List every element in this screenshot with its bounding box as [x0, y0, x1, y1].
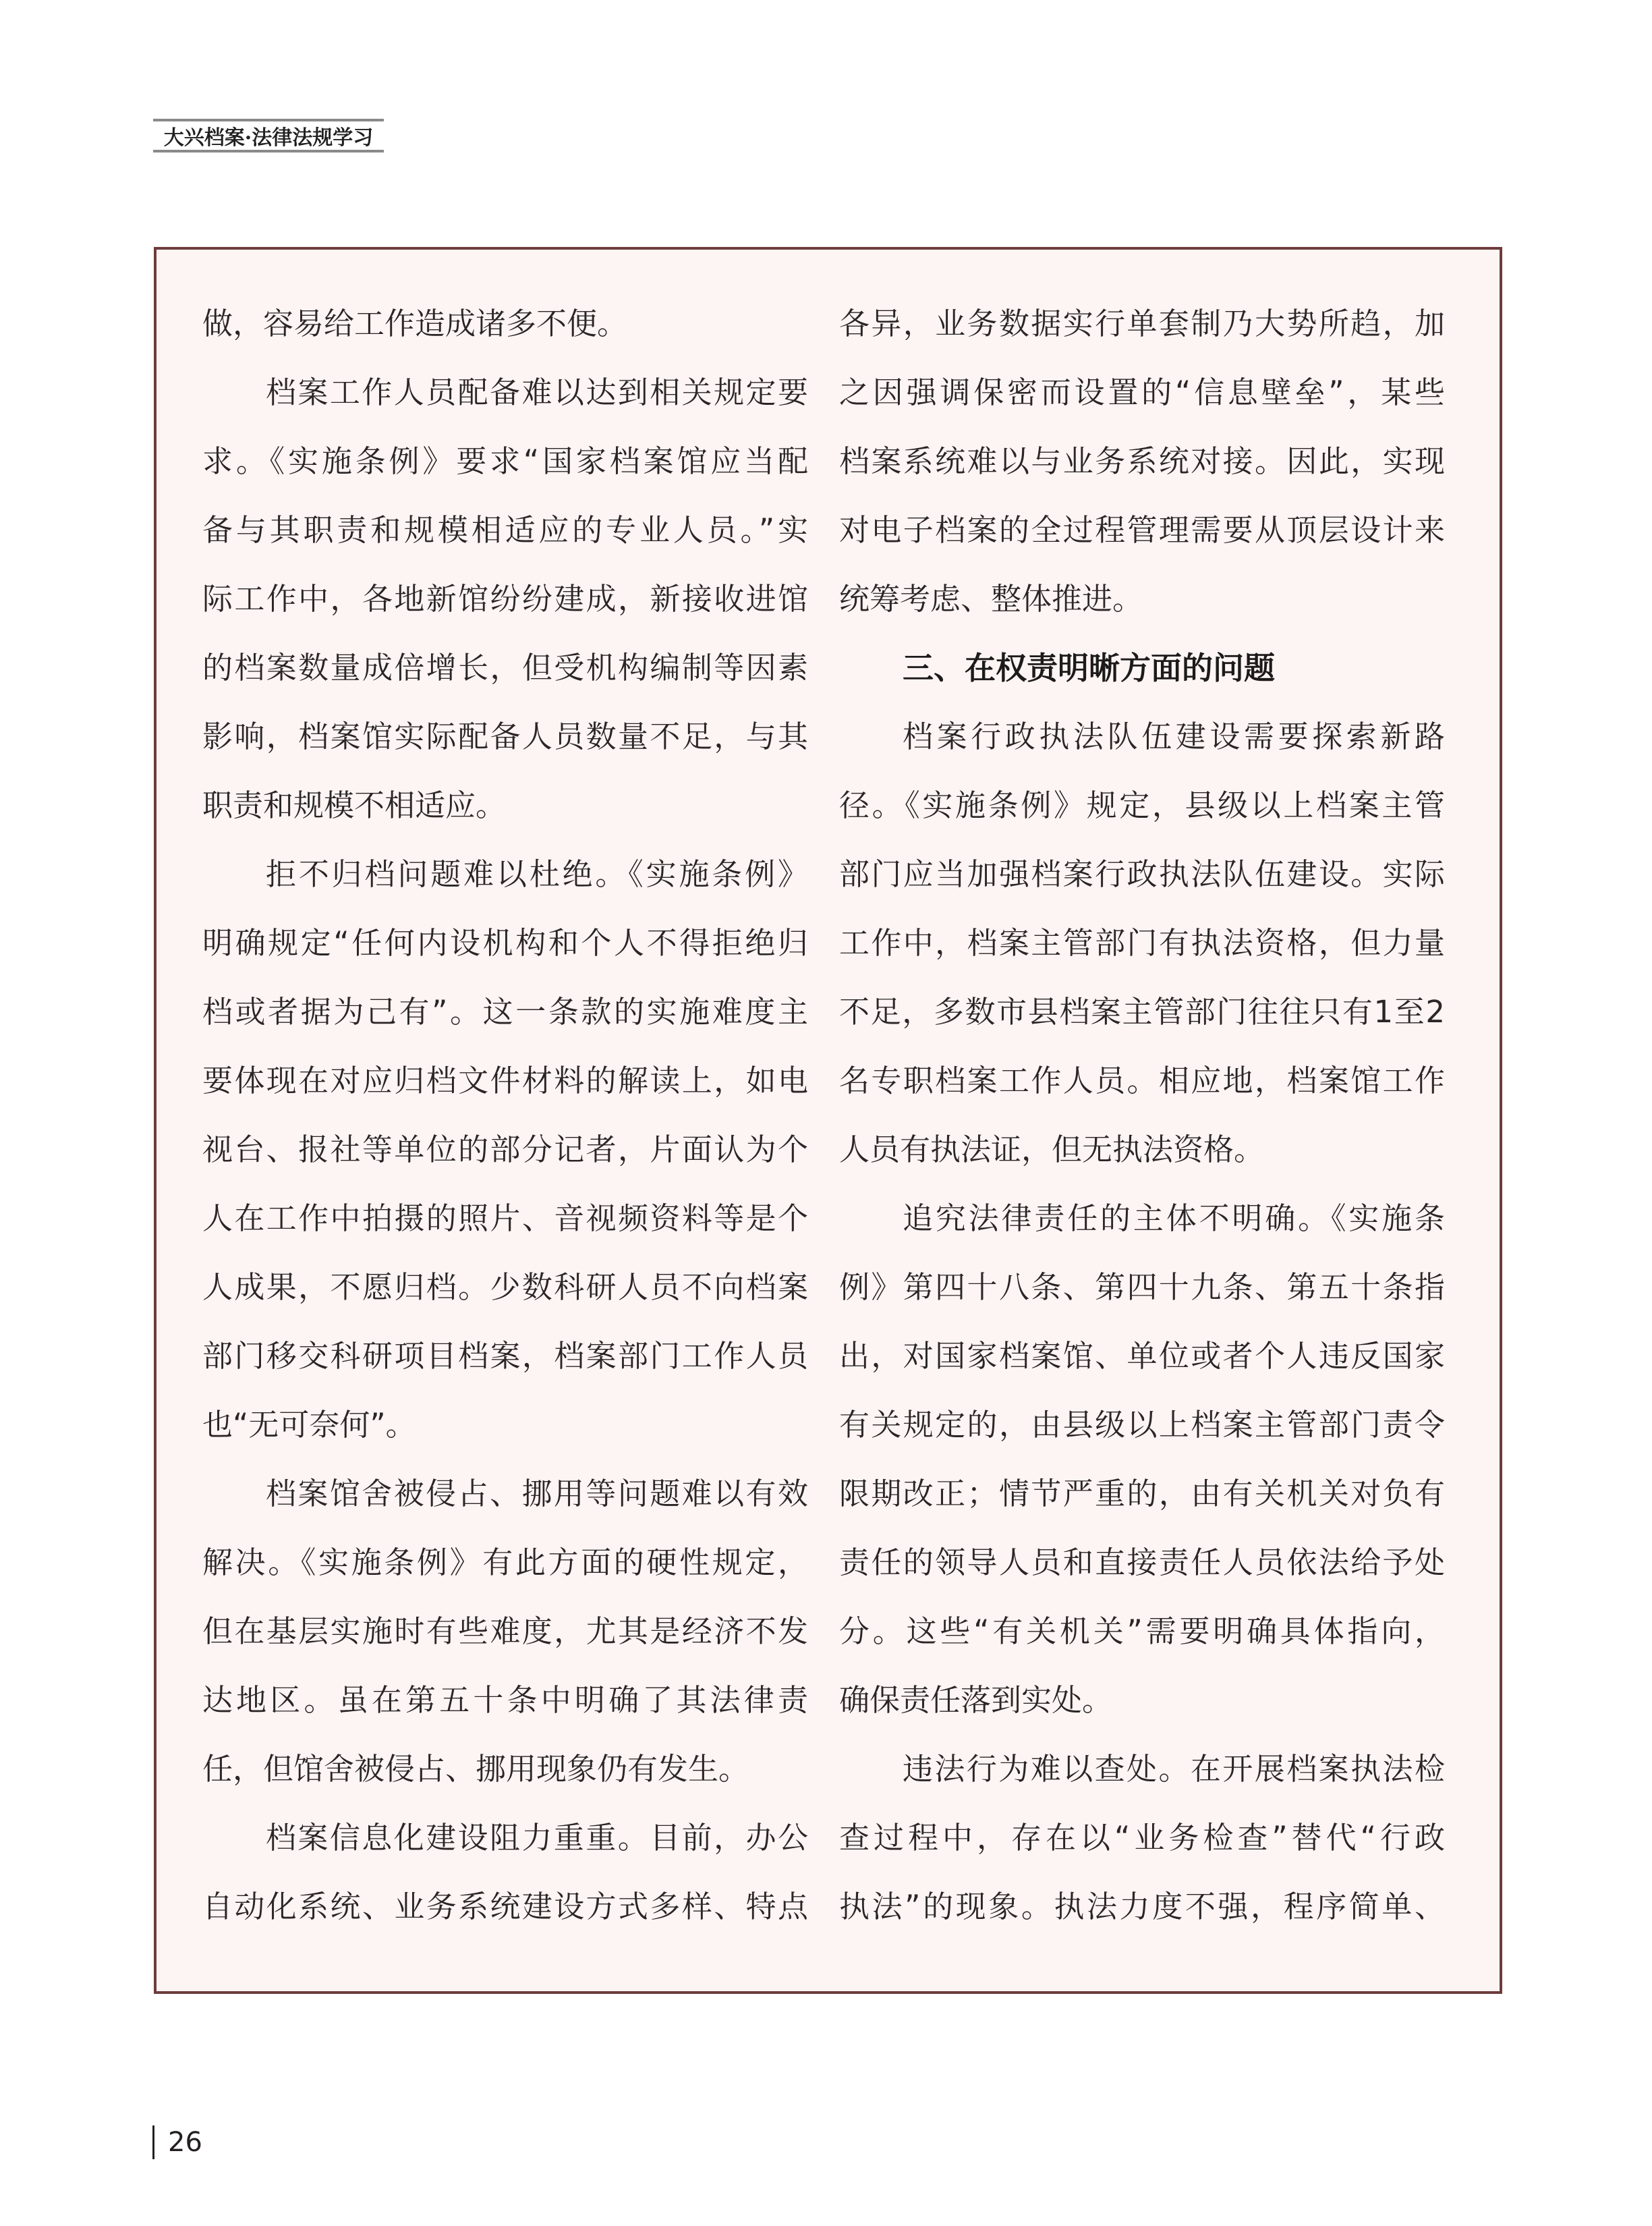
text-line: 明确规定“任何内设机构和个人不得拒绝归 [202, 909, 808, 978]
text-line: 出，对国家档案馆、单位或者个人违反国家 [839, 1322, 1445, 1391]
text-line: 名专职档案工作人员。相应地，档案馆工作 [839, 1047, 1445, 1115]
paragraph-start-line: 档案信息化建设阻力重重。目前，办公 [202, 1804, 808, 1872]
text-line: 但在基层实施时有些难度，尤其是经济不发 [202, 1597, 808, 1666]
text-line: 达地区。虽在第五十条中明确了其法律责 [202, 1666, 808, 1735]
text-line: 查过程中，存在以“业务检查”替代“行政 [839, 1804, 1445, 1872]
text-line: 也“无可奈何”。 [202, 1391, 808, 1459]
running-head-title: 大兴档案·法律法规学习 [164, 121, 373, 150]
text-line: 径。《实施条例》规定，县级以上档案主管 [839, 771, 1445, 840]
left-column: 做，容易给工作造成诸多不便。 档案工作人员配备难以达到相关规定要 求。《实施条例… [202, 289, 808, 1941]
text-line: 的档案数量成倍增长，但受机构编制等因素 [202, 634, 808, 702]
text-line: 档案系统难以与业务系统对接。因此，实现 [839, 427, 1445, 496]
text-line: 备与其职责和规模相适应的专业人员。”实 [202, 496, 808, 565]
text-line: 自动化系统、业务系统建设方式多样、特点 [202, 1872, 808, 1941]
paragraph-start-line: 追究法律责任的主体不明确。《实施条 [839, 1184, 1445, 1253]
paragraph-start-line: 档案工作人员配备难以达到相关规定要 [202, 358, 808, 427]
text-line: 解决。《实施条例》有此方面的硬性规定， [202, 1528, 808, 1597]
text-line: 执法”的现象。执法力度不强，程序简单、 [839, 1872, 1445, 1941]
text-line: 档或者据为己有”。这一条款的实施难度主 [202, 978, 808, 1047]
section-heading: 三、在权责明晰方面的问题 [839, 634, 1445, 702]
text-line: 要体现在对应归档文件材料的解读上，如电 [202, 1047, 808, 1115]
text-line: 视台、报社等单位的部分记者，片面认为个 [202, 1115, 808, 1184]
page-number: 26 [168, 2125, 202, 2159]
text-line: 影响，档案馆实际配备人员数量不足，与其 [202, 702, 808, 771]
text-line: 人员有执法证，但无执法资格。 [839, 1115, 1445, 1184]
text-line: 不足，多数市县档案主管部门往往只有1至2 [839, 978, 1445, 1047]
text-line: 求。《实施条例》要求“国家档案馆应当配 [202, 427, 808, 496]
text-line: 部门移交科研项目档案，档案部门工作人员 [202, 1322, 808, 1391]
text-line: 任，但馆舍被侵占、挪用现象仍有发生。 [202, 1735, 808, 1804]
text-line: 人在工作中拍摄的照片、音视频资料等是个 [202, 1184, 808, 1253]
paragraph-start-line: 档案馆舍被侵占、挪用等问题难以有效 [202, 1459, 808, 1528]
text-line: 有关规定的，由县级以上档案主管部门责令 [839, 1391, 1445, 1459]
page-footer: 26 [152, 2125, 202, 2159]
text-line: 确保责任落到实处。 [839, 1666, 1445, 1735]
paragraph-start-line: 拒不归档问题难以杜绝。《实施条例》 [202, 840, 808, 909]
text-line: 职责和规模不相适应。 [202, 771, 808, 840]
text-line: 例》第四十八条、第四十九条、第五十条指 [839, 1253, 1445, 1322]
text-line: 责任的领导人员和直接责任人员依法给予处 [839, 1528, 1445, 1597]
text-line: 对电子档案的全过程管理需要从顶层设计来 [839, 496, 1445, 565]
paragraph-start-line: 档案行政执法队伍建设需要探索新路 [839, 702, 1445, 771]
text-line: 做，容易给工作造成诸多不便。 [202, 289, 808, 358]
right-column: 各异，业务数据实行单套制乃大势所趋，加 之因强调保密而设置的“信息壁垒”，某些 … [839, 289, 1445, 1941]
footer-divider [152, 2125, 154, 2159]
text-line: 限期改正；情节严重的，由有关机关对负有 [839, 1459, 1445, 1528]
text-line: 工作中，档案主管部门有执法资格，但力量 [839, 909, 1445, 978]
running-head: 大兴档案·法律法规学习 [153, 119, 384, 152]
text-line: 统筹考虑、整体推进。 [839, 565, 1445, 634]
text-line: 际工作中，各地新馆纷纷建成，新接收进馆 [202, 565, 808, 634]
text-line: 部门应当加强档案行政执法队伍建设。实际 [839, 840, 1445, 909]
text-line: 分。这些“有关机关”需要明确具体指向， [839, 1597, 1445, 1666]
text-line: 人成果，不愿归档。少数科研人员不向档案 [202, 1253, 808, 1322]
text-line: 之因强调保密而设置的“信息壁垒”，某些 [839, 358, 1445, 427]
paragraph-start-line: 违法行为难以查处。在开展档案执法检 [839, 1735, 1445, 1804]
text-line: 各异，业务数据实行单套制乃大势所趋，加 [839, 289, 1445, 358]
